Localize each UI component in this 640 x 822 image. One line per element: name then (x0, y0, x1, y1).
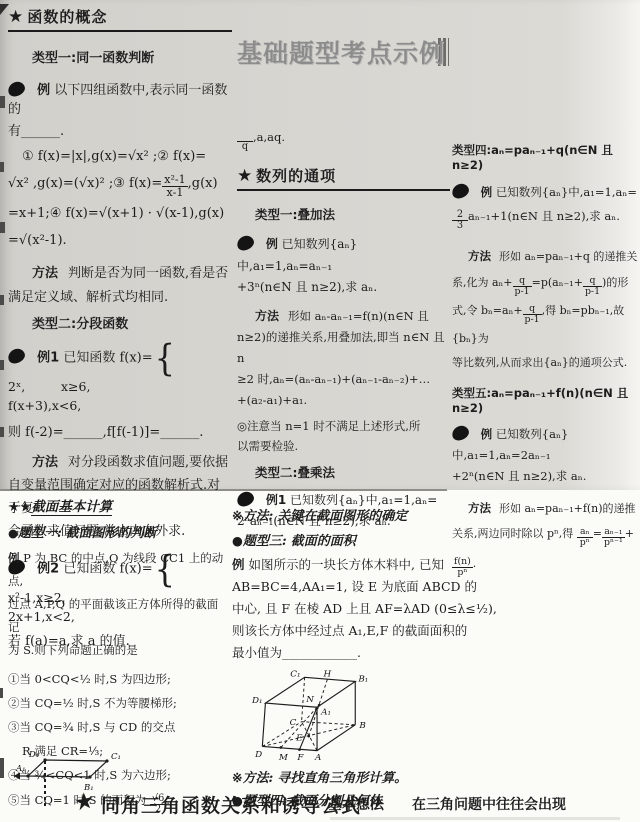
reference-mark: ※ (232, 770, 242, 785)
piecewise-cases: 2ˣ, x≥6,f(x+3),x<6, (8, 377, 90, 415)
example-label: 例 (37, 83, 50, 98)
example5-label: 例 (481, 427, 493, 441)
method-note2: ※方法: 寻找直角三角形计算。 (232, 767, 636, 786)
cutoff-text-smudge (330, 817, 620, 820)
section-title: 数列的通项 (256, 167, 336, 185)
example5-text: 已知数列{aₙ}中,a₁=1,aₙ=2aₙ₋₁ (452, 427, 568, 462)
formula-line: ① f(x)=|x|,g(x)=√x² ;② f(x)= (8, 143, 232, 170)
method-line: 式,令 bₙ=aₙ+qp-1,得 bₙ=pbₙ₋₁,故{bₙ}为 (452, 297, 640, 352)
fraction: x²-1x-1 (162, 174, 187, 199)
method-label: 方法: (242, 771, 273, 786)
example-label: 例 (266, 237, 278, 251)
page-watermark-title: 基础题型考点示例 (237, 34, 450, 70)
vertex-label-n: N (305, 695, 314, 705)
vertex-label-h: H (323, 669, 332, 679)
type1-heading: 类型一:同一函数判断 (32, 47, 232, 66)
method-text: 关键在截面图形的确定 (277, 509, 407, 524)
ink-blot-icon (236, 234, 256, 252)
example-text: 如图所示的一块长方体木料中, 已知 (249, 557, 444, 572)
example1-row: 例1 已知函数 f(x)={2ˣ, x≥6,f(x+3),x<6, (8, 339, 232, 415)
method-text: n≥2)的递推关系,用叠加法,即当 n∈N 且 n (237, 327, 450, 369)
method-text: 判断是否为同一函数,看是否 (68, 266, 228, 281)
method-line: 系,化为 aₙ+qp-1=p(aₙ₋₁+qp-1)的形 (452, 269, 640, 297)
example4-text: 已知数列{aₙ}中,a₁=1,aₙ= (496, 185, 637, 199)
vertex-label-b: B (358, 721, 366, 731)
case-line: 2ˣ, x≥6, (8, 377, 90, 396)
topic3-text: 截面的面积 (291, 534, 356, 549)
example-blank-line: 有______. (8, 121, 232, 143)
example-row: 例 以下四组函数中,表示同一函数的 (8, 79, 232, 117)
example4-line2: 23aₙ₋₁+1(n∈N 且 n≥2),求 aₙ. (452, 206, 640, 232)
ink-blot-icon (451, 182, 471, 200)
method-part: )的形 (602, 276, 628, 289)
type4-heading: 类型四:aₙ=paₙ₋₁+q(n∈N 且 n≥2) (452, 142, 640, 172)
example-label: 例 (8, 551, 20, 565)
type1-heading: 类型一:叠加法 (255, 205, 450, 223)
example-text: 过点 A,P,Q 的平面截该正方体所得的截面记 (8, 593, 226, 639)
example-text: 中心, 且 F 在棱 AD 上且 AF=λAD (0≤λ≤½), (232, 598, 630, 620)
type4-text: 类型四:aₙ=paₙ₋₁+q(n∈N 且 n≥2) (452, 143, 613, 172)
formula-line: =x+1;④ f(x)=√(x+1) · √(x-1),g(x) (8, 200, 232, 227)
method-note1: ※方法: 关键在截面图形的确定 (232, 505, 636, 524)
stars-icon: ★★ (8, 500, 31, 515)
ink-blot-icon (7, 347, 27, 365)
piecewise-brace: { (155, 336, 175, 380)
vertex-label-c1: C₁ (290, 669, 300, 679)
basic-idea-text: 在三角问题中往往会出现 (412, 794, 566, 814)
method-text: +(a₂-a₁)+a₁. (237, 390, 450, 411)
formula-part: √x² ,g(x)=(√x)² ;③ f(x)= (8, 176, 162, 191)
edge-artifact (0, 427, 4, 437)
sequence-column: 基础题型考点示例 q,a,aq. ★ 数列的通项 类型一:叠加法 例 已知数列{… (237, 34, 450, 531)
formula-part: ,g(x) (188, 176, 218, 191)
example4-text: aₙ₋₁+1(n∈N 且 n≥2),求 aₙ. (468, 209, 620, 223)
example-text: P 为 BC 的中点,Q 为线段 CC1 上的动点, (8, 551, 223, 588)
edge-artifact (0, 162, 4, 172)
vertex-label-a1: A₁ (15, 764, 26, 774)
header-underline (8, 30, 232, 32)
topic1-heading: ●题型一: 截面图形的判断 (8, 522, 226, 541)
formula-line: √x² ,g(x)=(√x)² ;③ f(x)=x²-1x-1,g(x) (8, 170, 232, 200)
option-item: ③当 CQ=¾ 时,S 与 CD 的交点 (8, 715, 226, 739)
note-text: ◎注意当 n=1 时不满足上述形式,所 (237, 416, 450, 436)
method-label: 方法: (242, 509, 273, 524)
vertex-label-d1: D₁ (28, 750, 39, 760)
example-text: AB=BC=4,AA₁=1, 设 E 为底面 ABCD 的 (232, 576, 630, 598)
method-text: 对分段函数求值问题,要依据 (68, 455, 228, 470)
bullet-icon: ● (8, 526, 18, 540)
method-text: ≥2 时,aₙ=(aₙ-aₙ₋₁)+(aₙ₋₁-aₙ₋₂)+… (237, 369, 450, 390)
edge-artifact (0, 222, 5, 233)
section-header-sequence: ★ 数列的通项 (237, 165, 450, 186)
ink-blot-icon (451, 425, 471, 443)
fraction-denominator: x-1 (162, 187, 187, 199)
example5-text: +2ⁿ(n∈N 且 n≥2),求 aₙ. (452, 466, 640, 486)
method-part: =p(aₙ₋₁+ (532, 276, 583, 289)
reference-mark: ※ (232, 508, 242, 523)
method-paragraph: 方法判断是否为同一函数,看是否 满足定义域、解析式均相同. (8, 262, 232, 310)
vertex-label-e: E (295, 733, 303, 743)
method-text: 满足定义域、解析式均相同. (8, 286, 232, 310)
note-paragraph: ◎注意当 n=1 时不满足上述形式,所 以需要检验. (237, 416, 450, 456)
method-text: 寻找直角三角形计算。 (277, 771, 407, 786)
example4-row: 例 已知数列{aₙ}中,a₁=1,aₙ= 23aₙ₋₁+1(n∈N 且 n≥2)… (452, 182, 640, 232)
section-header-cross-section: ★★截面基本计算 (8, 495, 226, 515)
vertex-label-m: M (278, 753, 289, 763)
vertex-label-c1: C₁ (111, 752, 121, 762)
example-text: 为 S.则下列命题正确的是 (8, 639, 226, 662)
type2-heading: 类型二:分段函数 (32, 313, 232, 332)
fraction: qp-1 (583, 276, 602, 298)
footer-section-title: 同角三角函数关系和诱导公式 (101, 791, 361, 818)
edge-artifact (0, 295, 4, 305)
cuboid-solid-edges (262, 677, 355, 750)
fraction-denominator: p-1 (523, 315, 542, 325)
example4-label: 例 (481, 185, 493, 199)
section-area-column: ※方法: 关键在截面图形的确定 ●题型三: 截面的面积 例 如图所示的一块长方体… (232, 505, 636, 809)
edge-artifact (0, 360, 4, 370)
example-text: 已知数列{aₙ}中,a₁=1,aₙ=aₙ₋₁ (237, 237, 357, 273)
fragment-text: ,a,aq. (253, 130, 285, 144)
method-part: 系,化为 aₙ+ (452, 276, 513, 289)
vertex-label-c: C (290, 718, 297, 728)
type5-heading: 类型五:aₙ=paₙ₋₁+f(n)(n∈N 且 n≥2) (452, 385, 640, 415)
star-icon: ★ (8, 7, 23, 27)
topic1-label: 题型一: (18, 526, 62, 541)
section-header-functions: ★ 函数的概念 (8, 6, 232, 27)
method-label: 方法 (468, 249, 491, 263)
topic3-label: 题型三: (243, 534, 287, 549)
method-label: 方法 (32, 266, 58, 281)
section-title: 截面基本计算 (31, 499, 112, 516)
method-paragraph: 方法形如 aₙ-aₙ₋₁=f(n)(n∈N 且 n≥2)的递推关系,用叠加法,即… (237, 306, 450, 411)
method-label: 方法 (32, 455, 58, 470)
example-text: +3ⁿ(n∈N 且 n≥2),求 aₙ. (237, 277, 450, 297)
topic3-heading: ●题型三: 截面的面积 (232, 530, 636, 549)
fraction: 23 (452, 210, 468, 233)
star-icon: ★ (237, 166, 252, 186)
bullet-icon: ● (232, 533, 243, 548)
example1-label: 例1 (37, 350, 59, 365)
example-paragraph: 例 如图所示的一块长方体木料中, 已知 AB=BC=4,AA₁=1, 设 E 为… (232, 554, 630, 664)
ink-blot-icon (7, 80, 27, 98)
figure-dots (280, 704, 321, 751)
fraction: qp-1 (523, 304, 542, 326)
fragment-line: q,a,aq. (237, 130, 450, 153)
vertex-label-d: D (254, 750, 262, 760)
example-paragraph: 例 P 为 BC 的中点,Q 为线段 CC1 上的动点, 过点 A,P,Q 的平… (8, 547, 226, 662)
vertex-label-f: F (296, 753, 304, 763)
cuboid-hidden-edges (262, 677, 355, 750)
note-text: 以需要检验. (237, 436, 450, 456)
fraction-denominator: 3 (452, 221, 468, 232)
option-item: ①当 0<CQ<½ 时,S 为四边形; (8, 667, 226, 691)
edge-artifact (0, 758, 4, 778)
method-line: 等比数列,从而求出{aₙ}的通项公式. (452, 352, 640, 374)
brush-star-icon: ★ (73, 787, 95, 817)
fraction-denominator: p-1 (513, 287, 532, 297)
basic-idea-label: 基本想法 (328, 794, 384, 814)
scanned-math-notes-page: ★ 函数的概念 类型一:同一函数判断 例 以下四组函数中,表示同一函数的 有__… (0, 0, 640, 822)
cuboid-figure: C₁ H B₁ D₁ N A₁ C E B D M F A (248, 668, 383, 763)
fraction: q (237, 141, 253, 153)
vertex-label-d1: D₁ (251, 696, 263, 706)
vertex-label-a: A (314, 753, 321, 763)
edge-artifact (0, 96, 5, 108)
example-label: 例 (232, 557, 245, 572)
example1-result: 则 f(-2)=______,f[f(-1)]=______. (8, 421, 232, 445)
type2-heading: 类型二:叠乘法 (255, 463, 450, 481)
header-underline (237, 189, 450, 191)
case-line: f(x+3),x<6, (8, 396, 90, 415)
example1-intro: 已知函数 f(x)= (63, 350, 152, 365)
vertex-dots (26, 758, 108, 778)
example-text: 最小值为____________. (232, 642, 630, 664)
method-label: 方法 (255, 309, 279, 323)
section-title: 函数的概念 (27, 8, 107, 26)
example5-row: 例 已知数列{aₙ}中,a₁=1,aₙ=2aₙ₋₁ +2ⁿ(n∈N 且 n≥2)… (452, 424, 640, 486)
method-text: 形如 aₙ-aₙ₋₁=f(n)(n∈N 且 (288, 309, 429, 323)
fraction-denominator: p-1 (583, 287, 602, 297)
method-text: 形如 aₙ=paₙ₋₁+q 的递推关 (499, 250, 637, 263)
option-item: ②当 CQ=½ 时,S 不为等腰梯形; (8, 691, 226, 715)
topic1-text: 截面图形的判断 (66, 526, 157, 541)
vertex-label-a1: A₁ (320, 707, 331, 717)
fraction: qp-1 (513, 276, 532, 298)
fraction-denominator: q (237, 142, 253, 153)
edge-artifact (0, 688, 3, 698)
example-text: 则该长方体中经过点 A₁,E,F 的截面面积的 (232, 620, 630, 642)
method4-paragraph: 方法形如 aₙ=paₙ₋₁+q 的递推关 系,化为 aₙ+qp-1=p(aₙ₋₁… (452, 244, 640, 374)
example-row: 例 已知数列{aₙ}中,a₁=1,aₙ=aₙ₋₁ +3ⁿ(n∈N 且 n≥2),… (237, 233, 450, 297)
method-part: 式,令 bₙ=aₙ+ (452, 304, 523, 317)
formula-line: =√(x²-1). (8, 227, 232, 254)
vertex-label-b1: B₁ (357, 674, 368, 684)
